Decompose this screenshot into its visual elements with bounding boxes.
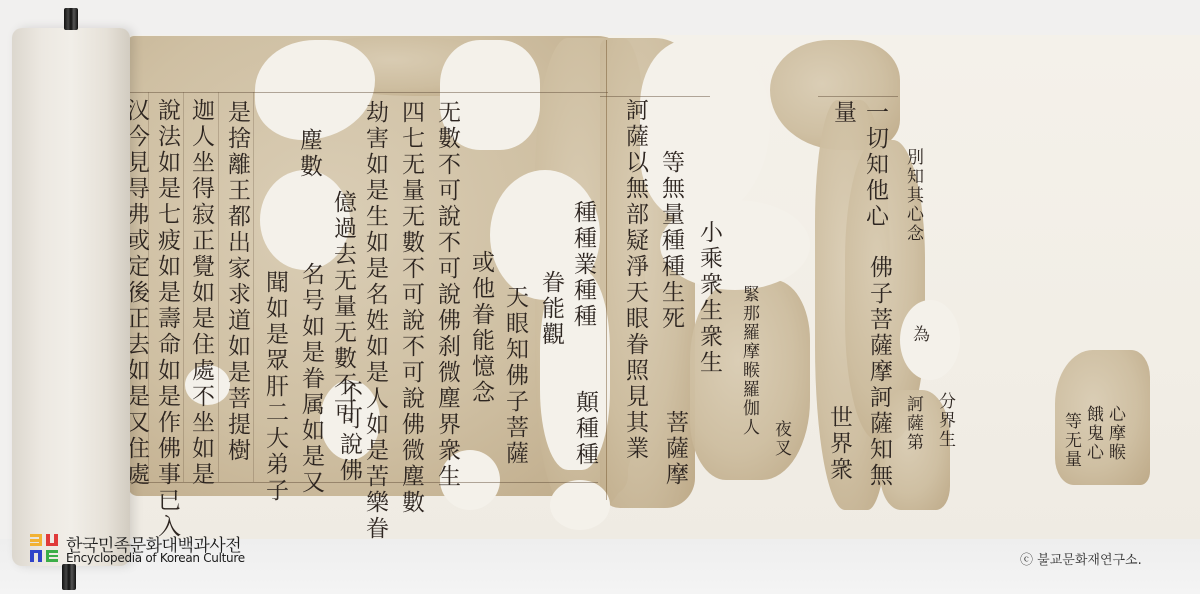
text-column: 別知其心念 — [900, 148, 926, 243]
text-column: 或他眷能憶念 — [468, 250, 494, 406]
frame-rule-top — [600, 96, 710, 97]
logo-title-english: Encyclopedia of Korean Culture — [66, 551, 245, 565]
text-column: 量 — [830, 100, 856, 126]
text-column: 為 — [906, 325, 932, 344]
text-column: 訶薩第 — [900, 395, 926, 452]
encyclopedia-logo: 한국민족문화대백과사전 Encyclopedia of Korean Cultu… — [30, 531, 270, 571]
text-column: 眷能觀 — [538, 270, 564, 348]
text-column: 世界衆 — [826, 405, 852, 483]
column-rule — [218, 92, 219, 482]
text-column: 一切知他心 — [862, 100, 888, 230]
text-column: 小乘衆生衆生 — [696, 220, 722, 376]
text-column: 訶薩以無部疑淨天眼眷照見其業 — [622, 98, 648, 462]
roller-end-top — [64, 8, 78, 30]
scroll-roll — [12, 28, 130, 566]
text-column: 天眼知佛子菩薩 — [502, 285, 528, 467]
text-column: 夜叉 — [768, 420, 794, 458]
copyright-symbol: ⓒ — [1020, 553, 1033, 568]
copyright-holder: 불교문화재연구소. — [1037, 553, 1142, 568]
text-column: 不可說佛 — [336, 380, 362, 484]
text-column: 迦人坐得寂正覺如是住處不坐如是 — [188, 98, 214, 488]
text-column: 菩薩摩 — [662, 410, 688, 488]
text-column: 是捨離王都出家求道如是菩提樹 — [224, 100, 250, 464]
column-rule — [183, 92, 184, 482]
copyright-notice: ⓒ 불교문화재연구소. — [1020, 549, 1142, 568]
column-rule — [253, 92, 254, 482]
text-column: 分界生 — [932, 392, 958, 449]
text-column: 名号如是眷属如是又 — [298, 262, 324, 496]
sheet-seam — [606, 40, 607, 500]
text-column: 佛子菩薩摩訶薩知無 — [866, 255, 892, 489]
text-column: 緊那羅摩睺羅伽人 — [736, 285, 762, 437]
text-column: 種種業種種 — [570, 200, 596, 330]
text-column: 四七无量无數不可說不可說佛微塵數 — [398, 100, 424, 516]
text-column: 顛種種 — [572, 390, 598, 468]
text-column: 說法如是七疲如是壽命如是作佛事已入 — [154, 98, 180, 540]
text-column: 等無量種種生死 — [658, 150, 684, 332]
text-column: 等无量 — [1058, 412, 1084, 469]
encyclopedia-logo-icon — [30, 533, 60, 563]
text-column: 聞如是眾肝二大弟子 — [262, 270, 288, 504]
frame-rule-top — [128, 92, 608, 93]
frame-rule-top — [818, 96, 898, 97]
text-column: 劫害如是生如是名姓如是人如是苦樂眷 — [362, 100, 388, 542]
text-column: 塵數 — [296, 128, 322, 180]
text-column: 无數不可說不可說佛刹微塵界衆生 — [434, 100, 460, 490]
